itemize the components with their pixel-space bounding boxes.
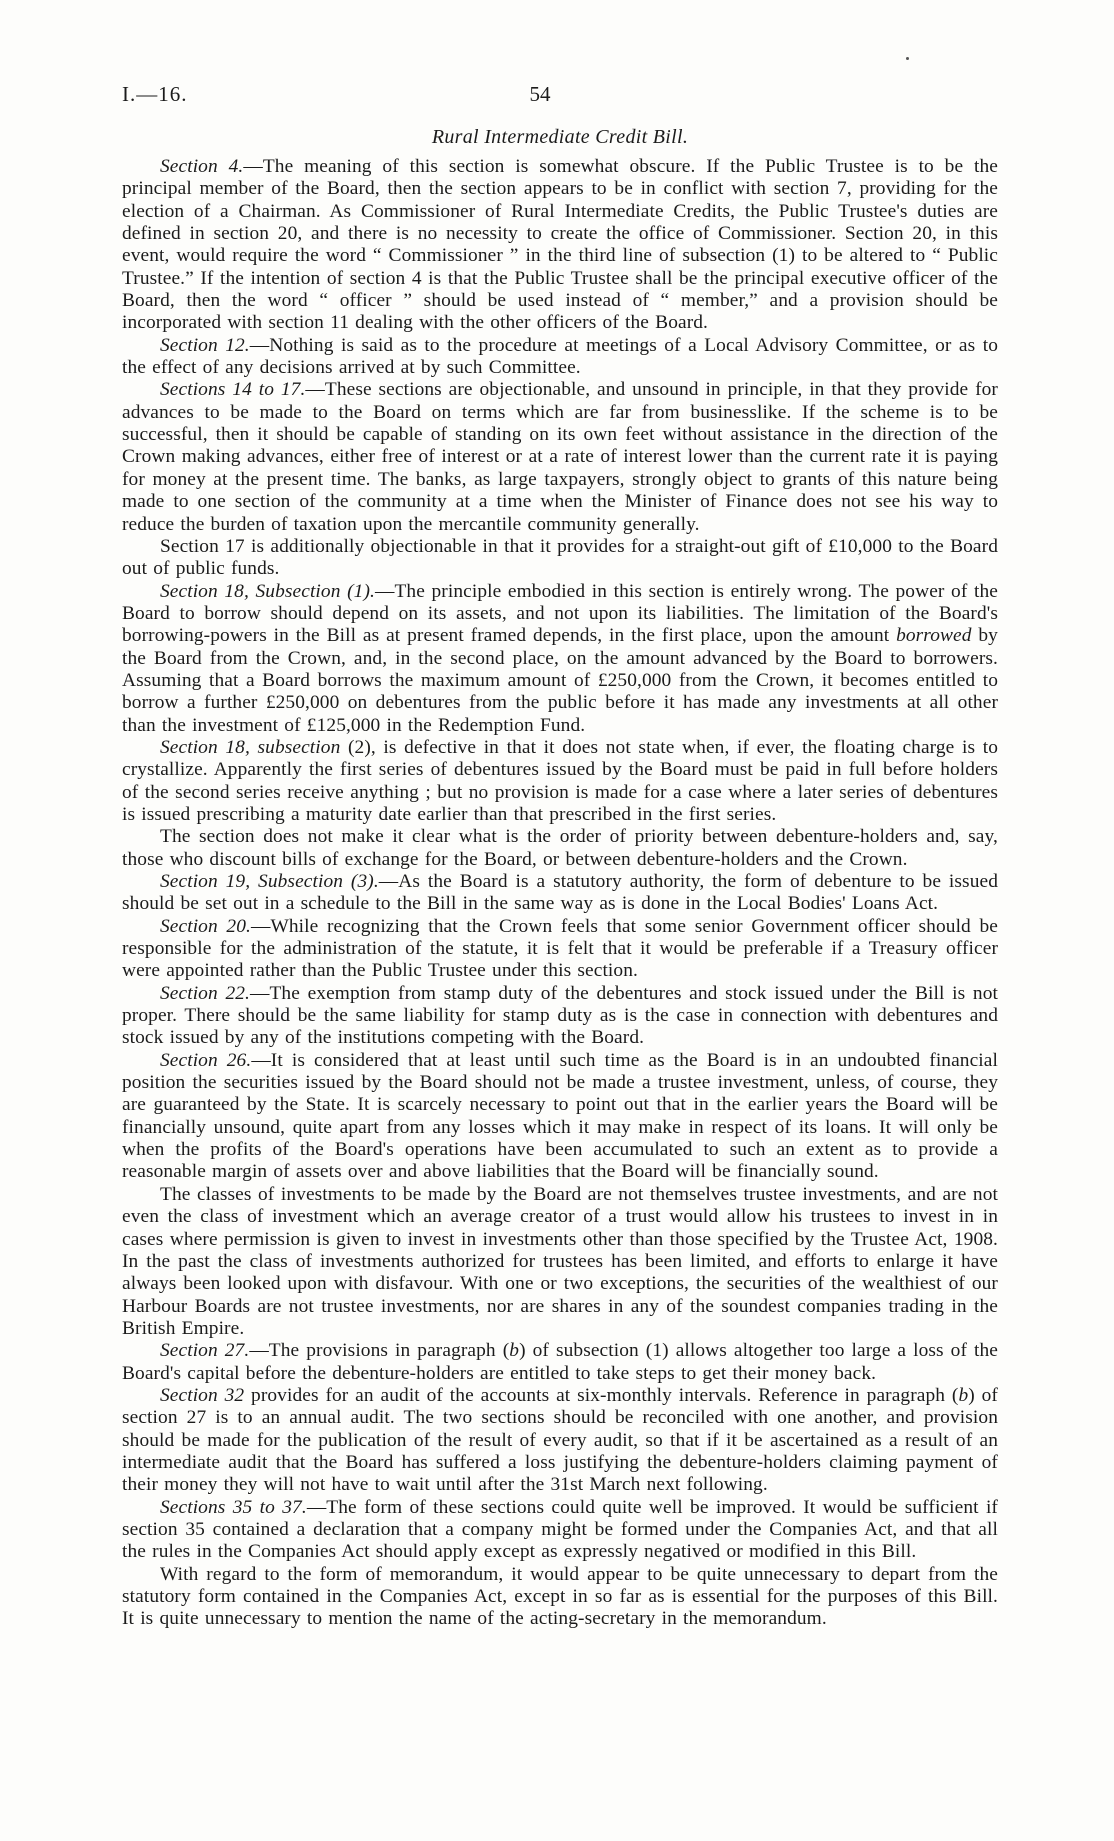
paragraph-segment: —These sections are objectionable, and u… xyxy=(122,379,998,534)
paragraph-segment: —While recognizing that the Crown feels … xyxy=(122,916,998,982)
paragraph: Section 19, Subsection (3).—As the Board… xyxy=(122,871,998,916)
paragraph-segment: The section does not make it clear what … xyxy=(122,826,998,869)
page-number: 54 xyxy=(122,82,958,107)
paragraph-segment: provides for an audit of the accounts at… xyxy=(244,1385,958,1406)
paragraph-segment: —The meaning of this section is somewhat… xyxy=(122,156,998,333)
paragraph-segment: The classes of investments to be made by… xyxy=(122,1184,998,1339)
paragraph: Section 18, Subsection (1).—The principl… xyxy=(122,581,998,737)
paragraph: With regard to the form of memorandum, i… xyxy=(122,1564,998,1631)
paragraph: Sections 35 to 37.—The form of these sec… xyxy=(122,1497,998,1564)
document-page: I.—16. 54 Rural Intermediate Credit Bill… xyxy=(0,0,1114,1841)
paragraph: The classes of investments to be made by… xyxy=(122,1184,998,1340)
paragraph: Section 27.—The provisions in paragraph … xyxy=(122,1340,998,1385)
body-paragraphs: Section 4.—The meaning of this section i… xyxy=(122,156,998,1631)
document-title: Rural Intermediate Credit Bill. xyxy=(122,126,998,149)
paragraph: Section 12.—Nothing is said as to the pr… xyxy=(122,335,998,380)
paragraph: Section 22.—The exemption from stamp dut… xyxy=(122,983,998,1050)
scan-artifact-dot xyxy=(906,57,909,60)
paragraph-segment: —It is considered that at least until su… xyxy=(122,1050,998,1183)
paragraph-segment-italic: Section 4. xyxy=(160,156,243,177)
paragraph: Section 32 provides for an audit of the … xyxy=(122,1385,998,1497)
paragraph: Section 18, subsection (2), is defective… xyxy=(122,737,998,826)
paragraph-segment-italic: b xyxy=(958,1385,968,1406)
paragraph-segment-italic: Section 18, Subsection (1). xyxy=(160,581,375,602)
paragraph-segment: —The provisions in paragraph ( xyxy=(249,1340,509,1361)
paragraph-segment-italic: Section 20. xyxy=(160,916,251,937)
paragraph-segment: Section 17 is additionally objectionable… xyxy=(122,536,998,579)
page-header: I.—16. 54 xyxy=(122,82,998,112)
paragraph: Section 20.—While recognizing that the C… xyxy=(122,916,998,983)
paragraph-segment: —Nothing is said as to the procedure at … xyxy=(122,335,998,378)
paragraph-segment-italic: Sections 35 to 37. xyxy=(160,1497,307,1518)
paragraph-segment-italic: Section 19, Subsection (3). xyxy=(160,871,379,892)
paragraph-segment-italic: b xyxy=(509,1340,519,1361)
paragraph: Section 17 is additionally objectionable… xyxy=(122,536,998,581)
paragraph: Section 4.—The meaning of this section i… xyxy=(122,156,998,335)
paragraph: The section does not make it clear what … xyxy=(122,826,998,871)
paragraph-segment-italic: Section 12. xyxy=(160,335,250,356)
paragraph-segment-italic: borrowed xyxy=(896,625,972,646)
paragraph: Sections 14 to 17.—These sections are ob… xyxy=(122,379,998,535)
paragraph-segment-italic: Section 18, subsection xyxy=(160,737,340,758)
paragraph-segment: —The exemption from stamp duty of the de… xyxy=(122,983,998,1049)
paragraph-segment-italic: Section 26. xyxy=(160,1050,251,1071)
paragraph-segment-italic: Sections 14 to 17. xyxy=(160,379,305,400)
paragraph: Section 26.—It is considered that at lea… xyxy=(122,1050,998,1184)
paragraph-segment-italic: Section 27. xyxy=(160,1340,249,1361)
paragraph-segment-italic: Section 32 xyxy=(160,1385,244,1406)
paragraph-segment: With regard to the form of memorandum, i… xyxy=(122,1564,998,1630)
paragraph-segment-italic: Section 22. xyxy=(160,983,250,1004)
